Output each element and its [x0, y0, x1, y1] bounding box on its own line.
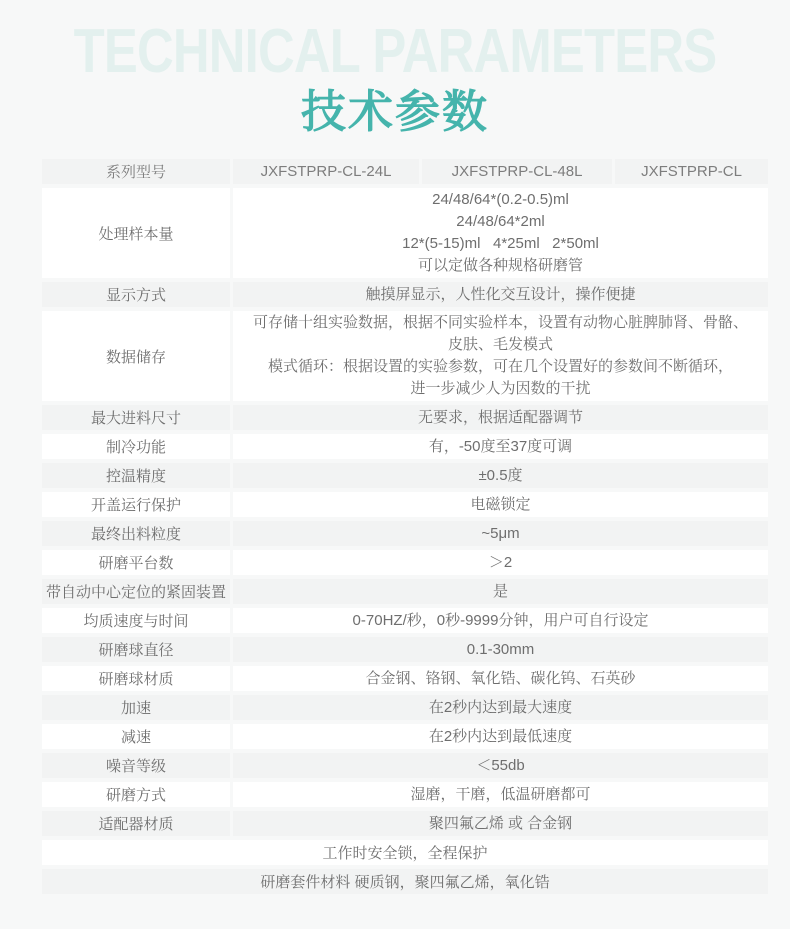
spec-row: 减速在2秒内达到最低速度: [42, 724, 768, 749]
spec-row: 最大进料尺寸无要求，根据适配器调节: [42, 405, 768, 430]
spec-row-label: 开盖运行保护: [42, 492, 230, 517]
spec-row: 噪音等级＜55db: [42, 753, 768, 778]
spec-header-model: JXFSTPRP-CL-48L: [422, 159, 612, 184]
spec-row-value: 有，-50度至37度可调: [233, 434, 768, 459]
spec-row-value: ＞2: [233, 550, 768, 575]
spec-row-label: 制冷功能: [42, 434, 230, 459]
spec-row-label: 适配器材质: [42, 811, 230, 836]
spec-row-value: 可存储十组实验数据，根据不同实验样本，设置有动物心脏脾肺肾、骨骼、 皮肤、毛发模…: [233, 311, 768, 401]
spec-row-value: ~5μm: [233, 521, 768, 546]
spec-row-label: 最终出料粒度: [42, 521, 230, 546]
watermark-text: TECHNICAL PARAMETERS: [71, 22, 719, 82]
spec-row-value: 合金钢、铬钢、氧化锆、碳化钨、石英砂: [233, 666, 768, 691]
spec-row-value: 在2秒内达到最低速度: [233, 724, 768, 749]
spec-full-row: 工作时安全锁，全程保护: [42, 840, 768, 865]
page-title: 技术参数: [0, 86, 790, 138]
spec-row-value: 在2秒内达到最大速度: [233, 695, 768, 720]
spec-row-label: 研磨方式: [42, 782, 230, 807]
spec-row: 数据储存可存储十组实验数据，根据不同实验样本，设置有动物心脏脾肺肾、骨骼、 皮肤…: [42, 311, 768, 401]
spec-row-label: 处理样本量: [42, 188, 230, 278]
spec-row-value: 无要求，根据适配器调节: [233, 405, 768, 430]
spec-row: 制冷功能有，-50度至37度可调: [42, 434, 768, 459]
spec-header-row: 系列型号JXFSTPRP-CL-24LJXFSTPRP-CL-48LJXFSTP…: [42, 159, 768, 184]
spec-row-value: ＜55db: [233, 753, 768, 778]
spec-row: 研磨球直径0.1-30mm: [42, 637, 768, 662]
spec-row-label: 最大进料尺寸: [42, 405, 230, 430]
spec-row: 最终出料粒度~5μm: [42, 521, 768, 546]
spec-full-value: 研磨套件材料 硬质钢，聚四氟乙烯，氧化锆: [42, 869, 768, 894]
spec-row: 研磨平台数＞2: [42, 550, 768, 575]
spec-row-value: 0-70HZ/秒，0秒-9999分钟，用户可自行设定: [233, 608, 768, 633]
spec-row-label: 带自动中心定位的紧固装置: [42, 579, 230, 604]
spec-row-value: 是: [233, 579, 768, 604]
spec-row-value: 0.1-30mm: [233, 637, 768, 662]
spec-row: 控温精度±0.5度: [42, 463, 768, 488]
spec-row: 研磨球材质合金钢、铬钢、氧化锆、碳化钨、石英砂: [42, 666, 768, 691]
spec-row: 适配器材质聚四氟乙烯 或 合金钢: [42, 811, 768, 836]
spec-header-label: 系列型号: [42, 159, 230, 184]
spec-row-label: 显示方式: [42, 282, 230, 307]
spec-row-label: 控温精度: [42, 463, 230, 488]
spec-row-value: ±0.5度: [233, 463, 768, 488]
spec-row: 显示方式触摸屏显示，人性化交互设计，操作便捷: [42, 282, 768, 307]
spec-row-label: 研磨平台数: [42, 550, 230, 575]
spec-header-model: JXFSTPRP-CL-24L: [233, 159, 419, 184]
spec-row-value: 触摸屏显示，人性化交互设计，操作便捷: [233, 282, 768, 307]
spec-row-label: 研磨球材质: [42, 666, 230, 691]
spec-row: 加速在2秒内达到最大速度: [42, 695, 768, 720]
spec-row-value: 24/48/64*(0.2-0.5)ml 24/48/64*2ml 12*(5-…: [233, 188, 768, 278]
spec-row-label: 噪音等级: [42, 753, 230, 778]
spec-row-label: 研磨球直径: [42, 637, 230, 662]
spec-row: 研磨方式湿磨，干磨，低温研磨都可: [42, 782, 768, 807]
spec-row-value: 电磁锁定: [233, 492, 768, 517]
spec-row: 处理样本量24/48/64*(0.2-0.5)ml 24/48/64*2ml 1…: [42, 188, 768, 278]
spec-row-label: 减速: [42, 724, 230, 749]
spec-row-label: 数据储存: [42, 311, 230, 401]
spec-row: 均质速度与时间0-70HZ/秒，0秒-9999分钟，用户可自行设定: [42, 608, 768, 633]
spec-table: 系列型号JXFSTPRP-CL-24LJXFSTPRP-CL-48LJXFSTP…: [42, 159, 768, 894]
spec-row-label: 均质速度与时间: [42, 608, 230, 633]
spec-row: 开盖运行保护电磁锁定: [42, 492, 768, 517]
spec-full-row: 研磨套件材料 硬质钢，聚四氟乙烯，氧化锆: [42, 869, 768, 894]
spec-row: 带自动中心定位的紧固装置是: [42, 579, 768, 604]
spec-row-value: 湿磨，干磨，低温研磨都可: [233, 782, 768, 807]
product-spec-page: TECHNICAL PARAMETERS 技术参数 系列型号JXFSTPRP-C…: [0, 0, 790, 894]
spec-full-value: 工作时安全锁，全程保护: [42, 840, 768, 865]
spec-header-model: JXFSTPRP-CL: [615, 159, 768, 184]
section-header: TECHNICAL PARAMETERS 技术参数: [0, 0, 790, 159]
spec-row-label: 加速: [42, 695, 230, 720]
spec-row-value: 聚四氟乙烯 或 合金钢: [233, 811, 768, 836]
